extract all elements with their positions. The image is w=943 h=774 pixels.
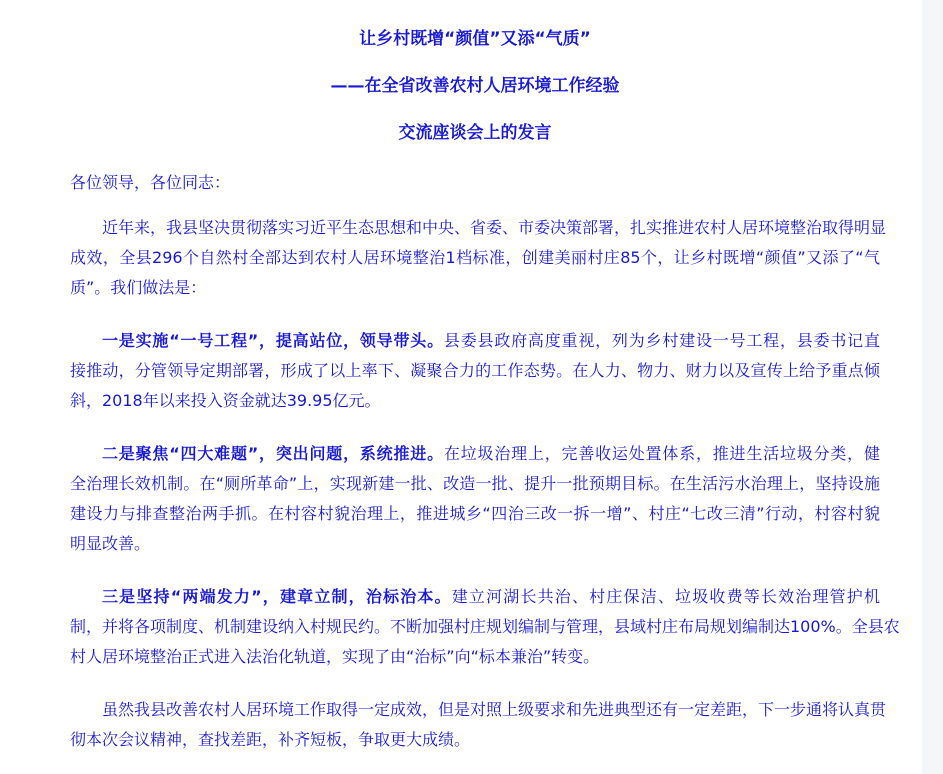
paragraph-point-1: 一是实施“一号工程”，提高站位，领导带头。县委县政府高度重视，列为乡村建设一号工… [70, 326, 880, 416]
text-line: 二是聚焦“四大难题”，突出问题，系统推进。在垃圾治理上，完善收运处置体系，推进生… [70, 439, 880, 469]
paragraph-lead-bold: 三是坚持“两端发力”，建章立制，治标治本。 [102, 587, 452, 606]
greeting-line: 各位领导，各位同志： [70, 168, 880, 198]
text-line: 村人居环境整治正式进入法治化轨道，实现了由“治标”向“标本兼治”转变。 [70, 642, 880, 672]
paragraph-lead-rest: 建立河湖长共治、村庄保洁、垃圾收费等长效治理管护机 [452, 587, 880, 606]
text-line: 明显改善。 [70, 529, 880, 559]
document-content: 让乡村既增“颜值”又添“气质” ——在全省改善农村人居环境工作经验 交流座谈会上… [70, 16, 880, 755]
title-line-3: 交流座谈会上的发言 [70, 110, 880, 157]
text-line: 虽然我县改善农村人居环境工作取得一定成效，但是对照上级要求和先进典型还有一定差距… [70, 695, 880, 725]
text-line: 斜，2018年以来投入资金就达39.95亿元。 [70, 386, 880, 416]
paragraph-lead-bold: 二是聚焦“四大难题”，突出问题，系统推进。 [102, 444, 444, 463]
paragraph-point-2: 二是聚焦“四大难题”，突出问题，系统推进。在垃圾治理上，完善收运处置体系，推进生… [70, 439, 880, 559]
paragraph-overview: 近年来，我县坚决贯彻落实习近平生态思想和中央、省委、市委决策部署，扎实推进农村人… [70, 213, 880, 303]
document-page: 让乡村既增“颜值”又添“气质” ——在全省改善农村人居环境工作经验 交流座谈会上… [0, 0, 943, 774]
text-line: 成效，全县296个自然村全部达到农村人居环境整治1档标准，创建美丽村庄85个，让… [70, 243, 880, 273]
paragraph-lead-rest: 县委县政府高度重视，列为乡村建设一号工程，县委书记直 [444, 331, 880, 350]
text-line: 全治理长效机制。在“厕所革命”上，实现新建一批、改造一批、提升一批预期目标。在生… [70, 469, 880, 499]
paragraph-lead-bold: 一是实施“一号工程”，提高站位，领导带头。 [102, 331, 444, 350]
paragraph-lead-rest: 在垃圾治理上，完善收运处置体系，推进生活垃圾分类，健 [444, 444, 880, 463]
text-line: 接推动，分管领导定期部署，形成了以上率下、凝聚合力的工作态势。在人力、物力、财力… [70, 356, 880, 386]
title-line-2: ——在全省改善农村人居环境工作经验 [70, 63, 880, 110]
text-line: 建设力与排查整治两手抓。在村容村貌治理上，推进城乡“四治三改一拆一增”、村庄“七… [70, 499, 880, 529]
text-line: 制，并将各项制度、机制建设纳入村规民约。不断加强村庄规划编制与管理，县域村庄布局… [70, 612, 880, 642]
text-line: 三是坚持“两端发力”，建章立制，治标治本。建立河湖长共治、村庄保洁、垃圾收费等长… [70, 582, 880, 612]
text-line: 近年来，我县坚决贯彻落实习近平生态思想和中央、省委、市委决策部署，扎实推进农村人… [70, 213, 880, 243]
paragraph-closing: 虽然我县改善农村人居环境工作取得一定成效，但是对照上级要求和先进典型还有一定差距… [70, 695, 880, 755]
scrollbar-gutter [922, 0, 943, 774]
title-line-1: 让乡村既增“颜值”又添“气质” [70, 16, 880, 63]
paragraph-point-3: 三是坚持“两端发力”，建章立制，治标治本。建立河湖长共治、村庄保洁、垃圾收费等长… [70, 582, 880, 672]
document-title: 让乡村既增“颜值”又添“气质” ——在全省改善农村人居环境工作经验 交流座谈会上… [70, 16, 880, 157]
text-line: 质”。我们做法是： [70, 273, 880, 303]
text-line: 彻本次会议精神，查找差距，补齐短板，争取更大成绩。 [70, 725, 880, 755]
text-line: 一是实施“一号工程”，提高站位，领导带头。县委县政府高度重视，列为乡村建设一号工… [70, 326, 880, 356]
